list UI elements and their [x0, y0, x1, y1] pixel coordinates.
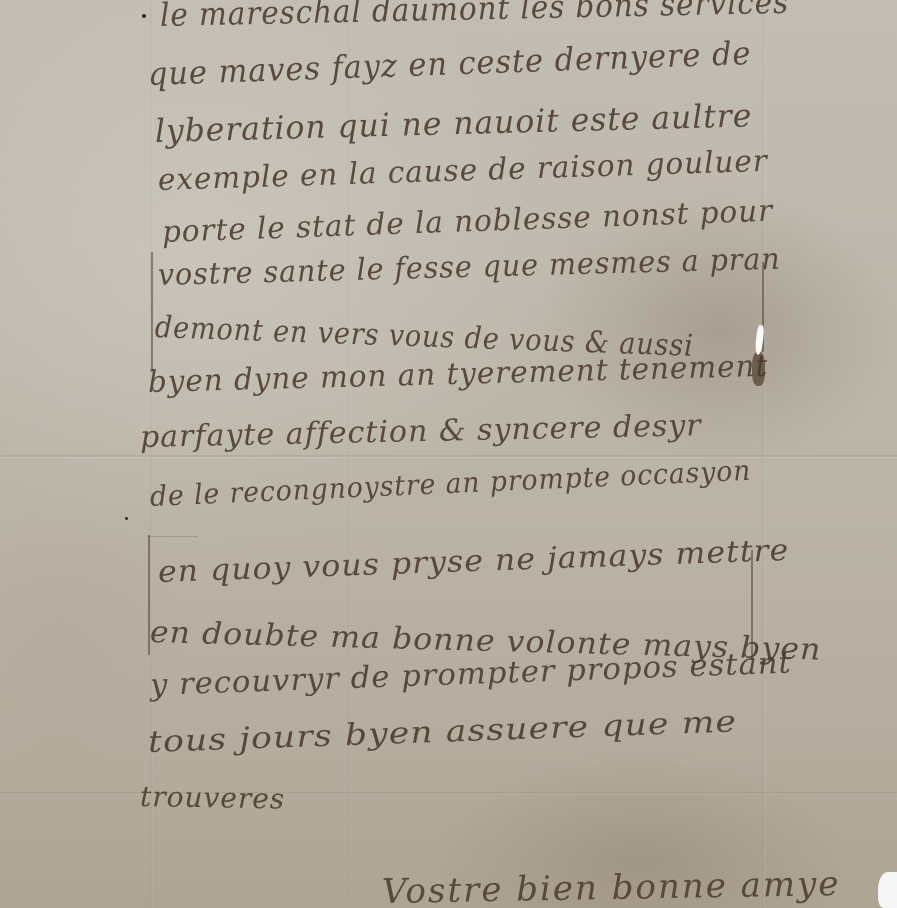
ruled-margin-line [151, 252, 153, 372]
torn-corner [878, 872, 897, 908]
ink-dot [142, 14, 146, 18]
signature: Vostre bien bonne amye [382, 864, 841, 908]
ruled-margin-line [148, 536, 198, 537]
letter-line-15: trouveres [140, 780, 286, 816]
ink-dot [125, 517, 128, 520]
vertical-fold-crease [762, 0, 765, 908]
